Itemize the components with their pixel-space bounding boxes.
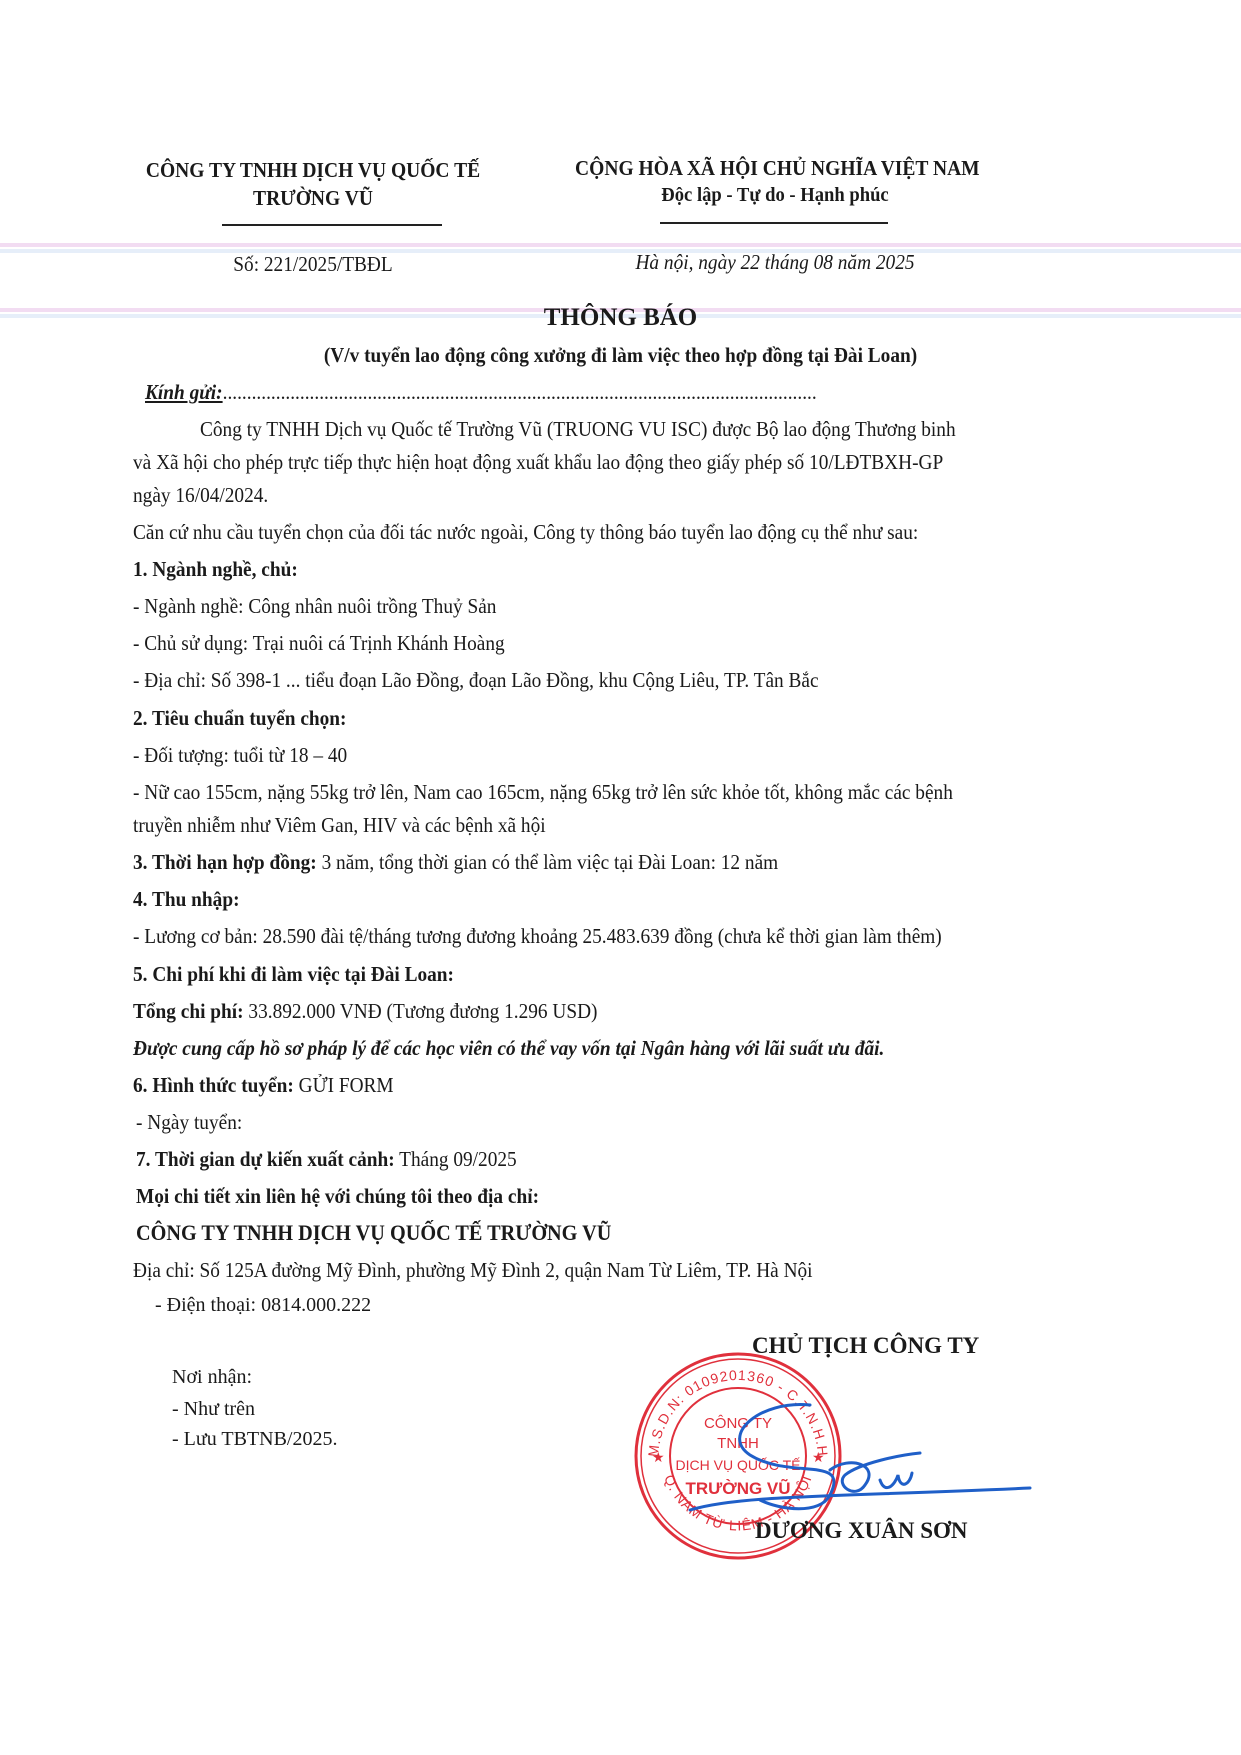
place-date: Hà nội, ngày 22 tháng 08 năm 2025 xyxy=(577,250,973,275)
signatory-name: DƯƠNG XUÂN SƠN xyxy=(755,1518,968,1544)
section-item: truyền nhiễm như Viêm Gan, HIV và các bệ… xyxy=(133,813,546,838)
section-heading: 7. Thời gian dự kiến xuất cảnh: xyxy=(136,1147,395,1171)
loan-note: Được cung cấp hồ sơ pháp lý để các học v… xyxy=(133,1036,884,1061)
recipients-label: Nơi nhận: xyxy=(172,1366,252,1389)
contact-address: Địa chỉ: Số 125A đường Mỹ Đình, phường M… xyxy=(133,1258,813,1283)
section-heading: 1. Ngành nghề, chủ: xyxy=(133,557,298,582)
intro-line: Công ty TNHH Dịch vụ Quốc tế Trường Vũ (… xyxy=(200,417,956,442)
national-title: CỘNG HÒA XÃ HỘI CHỦ NGHĨA VIỆT NAM xyxy=(575,156,975,181)
section-value: 3 năm, tổng thời gian có thể làm việc tạ… xyxy=(317,850,778,874)
intro-line: ngày 16/04/2024. xyxy=(133,483,268,508)
section-item: - Ngành nghề: Công nhân nuôi trồng Thuỷ … xyxy=(133,594,496,619)
document-subtitle: (V/v tuyển lao động công xưởng đi làm vi… xyxy=(50,343,1192,368)
basis-line: Căn cứ nhu cầu tuyển chọn của đối tác nư… xyxy=(133,520,918,545)
section-item: - Địa chỉ: Số 398-1 ... tiểu đoạn Lão Đồ… xyxy=(133,668,819,693)
section-item: - Đối tượng: tuổi từ 18 – 40 xyxy=(133,743,347,768)
signature-scribble xyxy=(680,1385,1040,1535)
section-value: GỬI FORM xyxy=(294,1073,394,1097)
issuer-org-line1: CÔNG TY TNHH DỊCH VỤ QUỐC TẾ xyxy=(143,158,483,183)
section-heading: 5. Chi phí khi đi làm việc tại Đài Loan: xyxy=(133,962,454,987)
greeting: Kính gửi:...............................… xyxy=(145,380,817,405)
section-heading: 6. Hình thức tuyển: xyxy=(133,1073,294,1097)
section-item: - Chủ sử dụng: Trại nuôi cá Trịnh Khánh … xyxy=(133,631,505,656)
section-6: 6. Hình thức tuyển: GỬI FORM xyxy=(133,1073,394,1098)
section-heading: 4. Thu nhập: xyxy=(133,887,240,912)
greeting-label: Kính gửi: xyxy=(145,380,223,404)
total-cost: Tổng chi phí: 33.892.000 VNĐ (Tương đươn… xyxy=(133,999,597,1024)
intro-line: và Xã hội cho phép trực tiếp thực hiện h… xyxy=(133,450,943,475)
svg-text:★: ★ xyxy=(652,1450,665,1466)
document-title: THÔNG BÁO xyxy=(0,304,1241,332)
section-heading: 2. Tiêu chuẩn tuyển chọn: xyxy=(133,706,346,731)
header-left-divider xyxy=(222,224,442,226)
total-cost-value: 33.892.000 VNĐ (Tương đương 1.296 USD) xyxy=(244,999,598,1023)
section-item: - Nữ cao 155cm, nặng 55kg trở lên, Nam c… xyxy=(133,780,953,805)
recipient-item: - Như trên xyxy=(172,1398,255,1421)
national-motto: Độc lập - Tự do - Hạnh phúc xyxy=(575,184,975,207)
section-heading: 3. Thời hạn hợp đồng: xyxy=(133,850,317,874)
contact-phone: - Điện thoại: 0814.000.222 xyxy=(155,1294,371,1317)
issuer-org-line2: TRƯỜNG VŨ xyxy=(143,186,483,211)
section-item: - Lương cơ bản: 28.590 đài tệ/tháng tươn… xyxy=(133,924,942,949)
section-item: - Ngày tuyển: xyxy=(136,1110,242,1135)
section-7: 7. Thời gian dự kiến xuất cảnh: Tháng 09… xyxy=(136,1147,517,1172)
section-3: 3. Thời hạn hợp đồng: 3 năm, tổng thời g… xyxy=(133,850,778,875)
recipient-item: - Lưu TBTNB/2025. xyxy=(172,1428,337,1451)
contact-company: CÔNG TY TNHH DỊCH VỤ QUỐC TẾ TRƯỜNG VŨ xyxy=(136,1220,611,1246)
document-number: Số: 221/2025/TBĐL xyxy=(145,252,482,277)
total-cost-label: Tổng chi phí: xyxy=(133,999,244,1023)
signatory-title: CHỦ TỊCH CÔNG TY xyxy=(752,1333,979,1359)
header-right-divider xyxy=(660,222,888,224)
greeting-dots: ........................................… xyxy=(223,380,817,404)
contact-intro: Mọi chi tiết xin liên hệ với chúng tôi t… xyxy=(136,1184,539,1209)
section-value: Tháng 09/2025 xyxy=(395,1147,517,1171)
